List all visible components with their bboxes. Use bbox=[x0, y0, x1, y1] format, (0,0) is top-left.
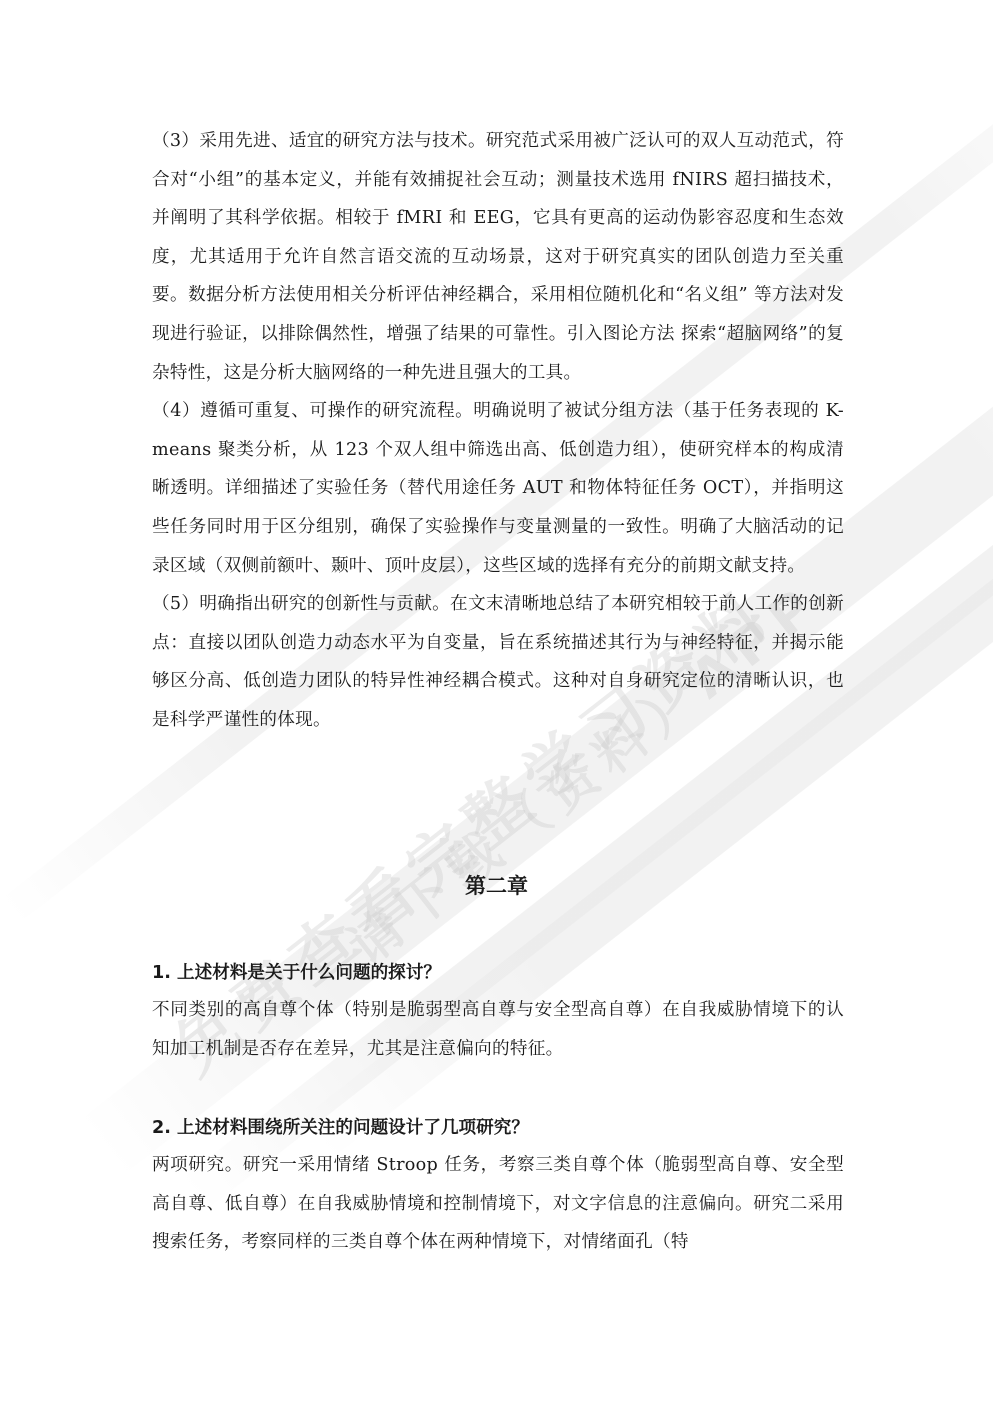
chapter-title: 第二章 bbox=[0, 870, 993, 900]
paragraph-3: （3）采用先进、适宜的研究方法与技术。研究范式采用被广泛认可的双人互动范式，符合… bbox=[152, 122, 844, 392]
question-title: 2. 上述材料围绕所关注的问题设计了几项研究？ bbox=[152, 1110, 844, 1146]
question-title: 1. 上述材料是关于什么问题的探讨？ bbox=[152, 955, 844, 991]
paragraph-4: （4）遵循可重复、可操作的研究流程。明确说明了被试分组方法（基于任务表现的 K-… bbox=[152, 392, 844, 585]
document-page: 免费查看完整学习资料 请下载（资料）APP （3）采用先进、适宜的研究方法与技术… bbox=[0, 0, 993, 1404]
question-block-2: 2. 上述材料围绕所关注的问题设计了几项研究？ 两项研究。研究一采用情绪 Str… bbox=[152, 1110, 844, 1262]
question-block-1: 1. 上述材料是关于什么问题的探讨？ 不同类别的高自尊个体（特别是脆弱型高自尊与… bbox=[152, 955, 844, 1068]
body-text: （3）采用先进、适宜的研究方法与技术。研究范式采用被广泛认可的双人互动范式，符合… bbox=[152, 122, 844, 740]
question-answer: 两项研究。研究一采用情绪 Stroop 任务，考察三类自尊个体（脆弱型高自尊、安… bbox=[152, 1146, 844, 1262]
question-answer: 不同类别的高自尊个体（特别是脆弱型高自尊与安全型高自尊）在自我威胁情境下的认知加… bbox=[152, 991, 844, 1068]
paragraph-5: （5）明确指出研究的创新性与贡献。在文末清晰地总结了本研究相较于前人工作的创新点… bbox=[152, 585, 844, 739]
